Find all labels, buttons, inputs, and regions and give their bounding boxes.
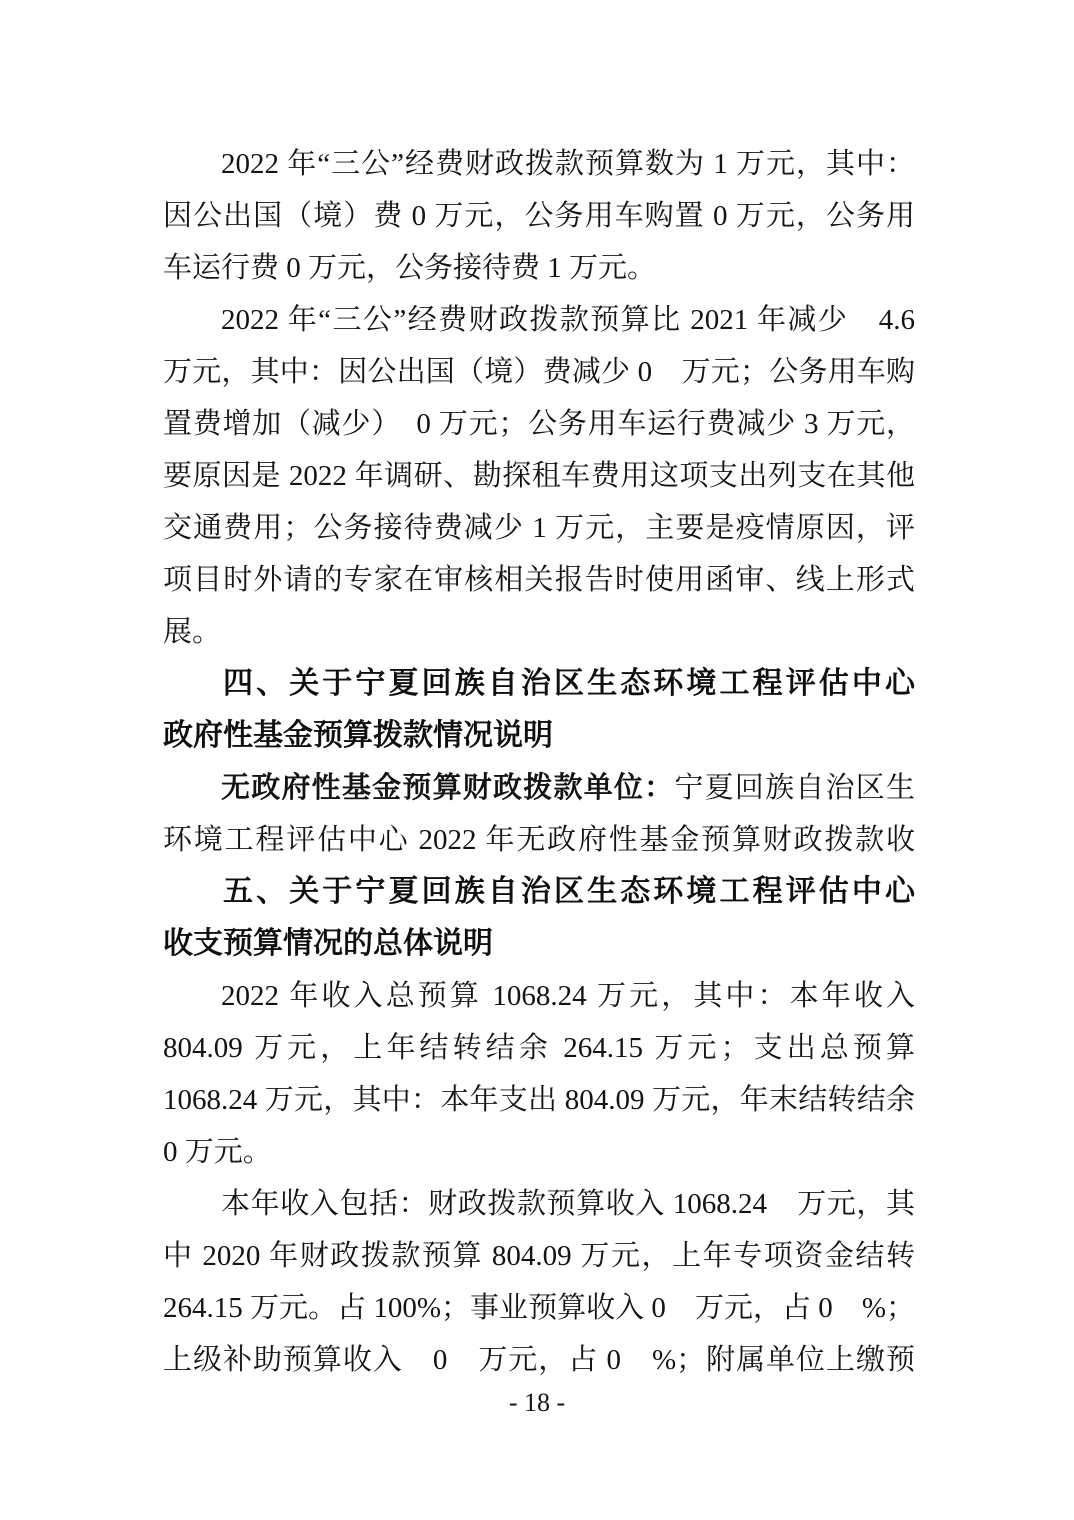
document-page: 2022 年“三公”经费财政拨款预算数为 1 万元，其中：因公出国（境）费 0 … xyxy=(0,0,1074,1520)
body-text-line: 804.09 万元，上年结转结余 264.15 万元；支出总预算 xyxy=(163,1022,915,1074)
body-text-line: 0 万元。 xyxy=(163,1126,915,1178)
text-segment: 项目时外请的专家在审核相关报告时使用函审、线上形式开 xyxy=(163,564,915,606)
section-heading-line: 五、关于宁夏回族自治区生态环境工程评估中心 2022 年 xyxy=(163,866,915,918)
body-text-line: 2022 年“三公”经费财政拨款预算比 2021 年减少 4.6 xyxy=(163,294,915,346)
text-segment: 0 万元。 xyxy=(163,1136,272,1168)
bold-text-segment: 四、关于宁夏回族自治区生态环境工程评估中心 2022 年 xyxy=(163,667,915,710)
text-segment: 1068.24 万元，其中：本年支出 804.09 万元，年末结转结余 xyxy=(163,1084,915,1116)
body-text-line: 车运行费 0 万元，公务接待费 1 万元。 xyxy=(163,242,915,294)
text-segment: 中 2020 年财政拨款预算 804.09 万元，上年专项资金结转 xyxy=(163,1240,915,1272)
bold-text-segment: 收支预算情况的总体说明 xyxy=(163,927,493,960)
text-segment: 要原因是 2022 年调研、勘探租车费用这项支出列支在其他 xyxy=(163,460,915,492)
body-text-line: 2022 年“三公”经费财政拨款预算数为 1 万元，其中： xyxy=(163,138,915,190)
body-text-line: 项目时外请的专家在审核相关报告时使用函审、线上形式开 xyxy=(163,554,915,606)
document-body: 2022 年“三公”经费财政拨款预算数为 1 万元，其中：因公出国（境）费 0 … xyxy=(163,138,915,1386)
body-text-line: 2022 年收入总预算 1068.24 万元，其中：本年收入 xyxy=(163,970,915,1022)
text-segment: 环境工程评估中心 2022 年无政府性基金预算财政拨款收支。 xyxy=(163,824,915,866)
text-segment: 2022 年“三公”经费财政拨款预算比 2021 年减少 4.6 xyxy=(221,304,915,336)
body-text-line: 要原因是 2022 年调研、勘探租车费用这项支出列支在其他 xyxy=(163,450,915,502)
body-text-line: 环境工程评估中心 2022 年无政府性基金预算财政拨款收支。 xyxy=(163,814,915,866)
section-heading-line: 收支预算情况的总体说明 xyxy=(163,918,915,970)
body-text-line: 264.15 万元。占 100%；事业预算收入 0 万元，占 0 %； xyxy=(163,1282,915,1334)
body-text-line: 置费增加（减少） 0 万元；公务用车运行费减少 3 万元，主 xyxy=(163,398,915,450)
text-segment: 2022 年“三公”经费财政拨款预算数为 1 万元，其中： xyxy=(221,148,915,180)
section-heading-line: 政府性基金预算拨款情况说明 xyxy=(163,710,915,762)
text-segment: 万元，其中：因公出国（境）费减少 0 万元；公务用车购 xyxy=(163,356,915,388)
text-segment: 本年收入包括：财政拨款预算收入 1068.24 万元，其 xyxy=(221,1188,915,1220)
text-segment: 车运行费 0 万元，公务接待费 1 万元。 xyxy=(163,252,656,284)
bold-text-segment: 政府性基金预算拨款情况说明 xyxy=(163,719,553,752)
text-segment: 2022 年收入总预算 1068.24 万元，其中：本年收入 xyxy=(221,980,915,1012)
body-text-line: 1068.24 万元，其中：本年支出 804.09 万元，年末结转结余 xyxy=(163,1074,915,1126)
text-segment: 因公出国（境）费 0 万元，公务用车购置 0 万元，公务用 xyxy=(163,200,915,232)
text-segment: 置费增加（减少） 0 万元；公务用车运行费减少 3 万元，主 xyxy=(163,408,915,450)
body-text-line: 上级补助预算收入 0 万元，占 0 %；附属单位上缴预算 xyxy=(163,1334,915,1386)
page-number: - 18 - xyxy=(0,1386,1074,1420)
text-segment: 264.15 万元。占 100%；事业预算收入 0 万元，占 0 %； xyxy=(163,1292,915,1324)
bold-text-segment: 五、关于宁夏回族自治区生态环境工程评估中心 2022 年 xyxy=(163,875,915,918)
text-segment: 上级补助预算收入 0 万元，占 0 %；附属单位上缴预算 xyxy=(163,1344,915,1386)
body-text-line: 万元，其中：因公出国（境）费减少 0 万元；公务用车购 xyxy=(163,346,915,398)
body-text-line: 本年收入包括：财政拨款预算收入 1068.24 万元，其 xyxy=(163,1178,915,1230)
body-text-line: 因公出国（境）费 0 万元，公务用车购置 0 万元，公务用 xyxy=(163,190,915,242)
section-heading-line: 四、关于宁夏回族自治区生态环境工程评估中心 2022 年 xyxy=(163,658,915,710)
text-segment: 804.09 万元，上年结转结余 264.15 万元；支出总预算 xyxy=(163,1032,915,1064)
body-text-line: 展。 xyxy=(163,606,915,658)
body-text-line: 交通费用；公务接待费减少 1 万元，主要是疫情原因，评审 xyxy=(163,502,915,554)
body-text-line: 中 2020 年财政拨款预算 804.09 万元，上年专项资金结转 xyxy=(163,1230,915,1282)
body-text-line: 无政府性基金预算财政拨款单位：宁夏回族自治区生态 xyxy=(163,762,915,814)
text-segment: 展。 xyxy=(163,616,221,648)
bold-text-segment: 无政府性基金预算财政拨款单位： xyxy=(221,772,674,804)
text-segment: 交通费用；公务接待费减少 1 万元，主要是疫情原因，评审 xyxy=(163,512,915,554)
